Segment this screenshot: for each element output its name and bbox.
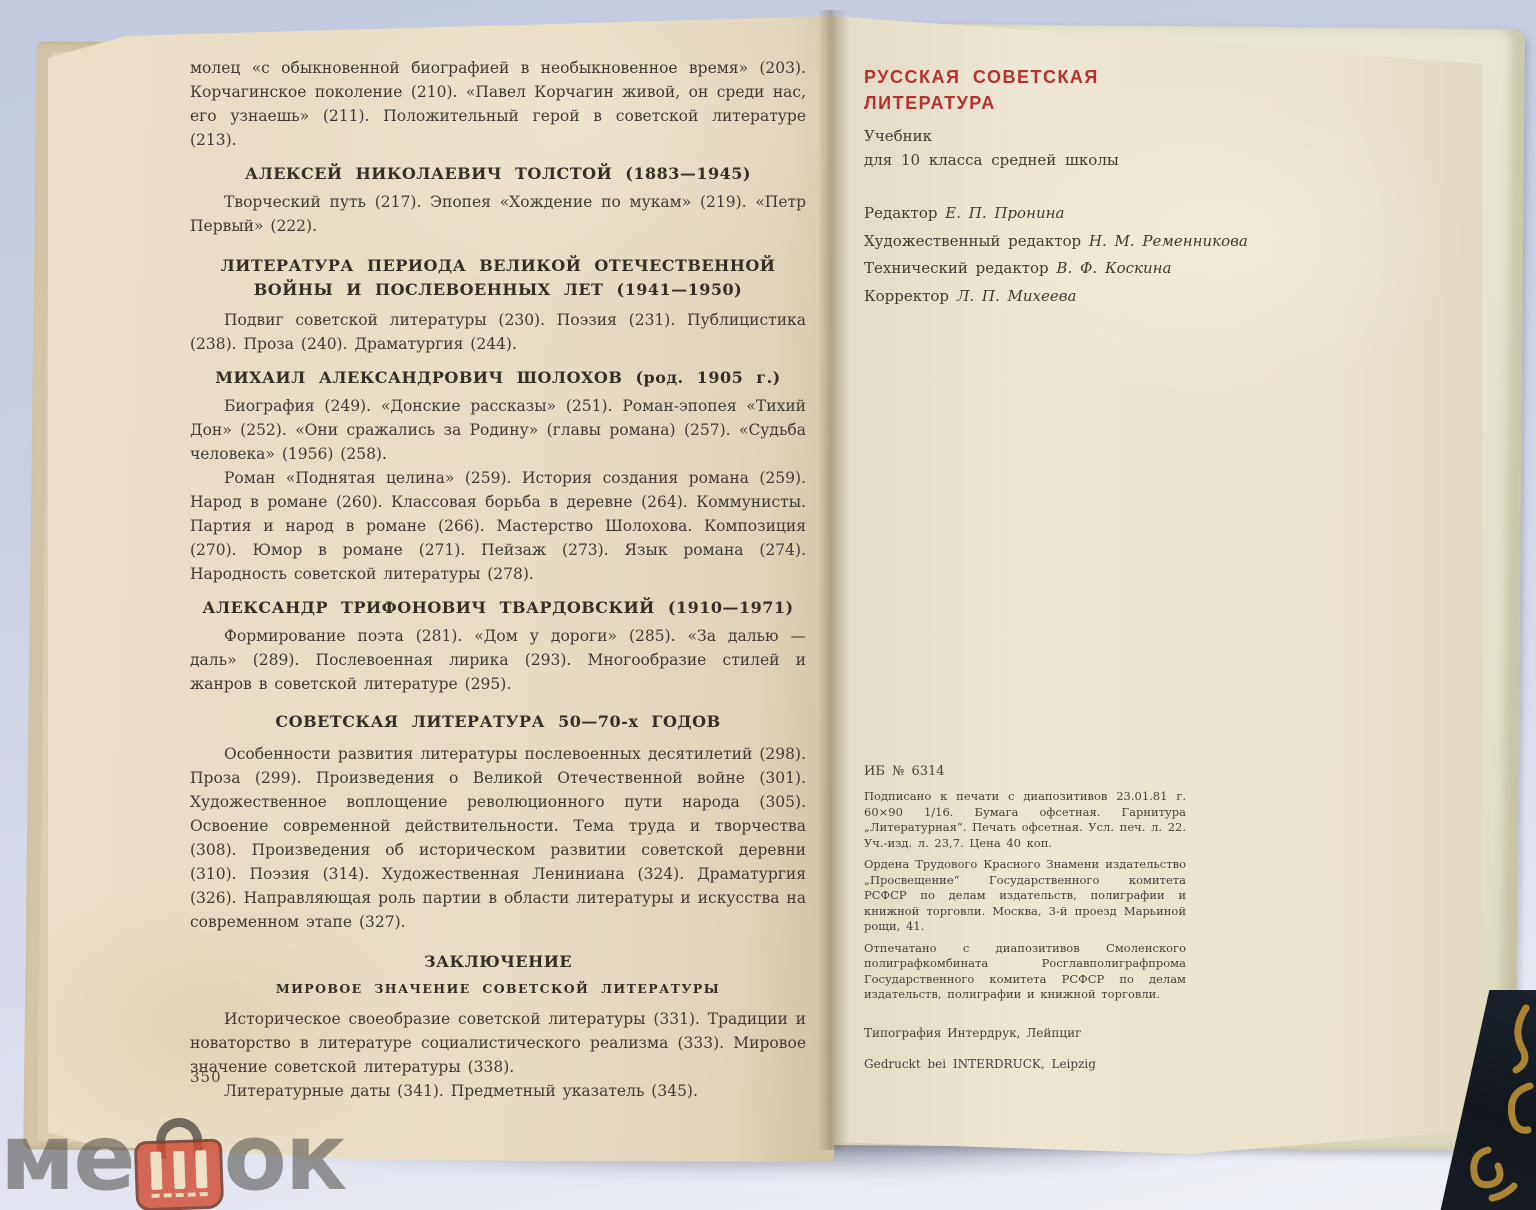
credit-role: Корректор [864,287,949,305]
colophon-paragraph: Подписано к печати с диапозитивов 23.01.… [864,789,1186,851]
book-subtitle-line1: Учебник [864,124,1284,148]
toc-section-heading: МИХАИЛ АЛЕКСАНДРОВИЧ ШОЛОХОВ (род. 1905 … [190,366,806,390]
photo-of-open-book: молец «с обыкновенной биографией в необы… [0,0,1536,1210]
toc-paragraph: Историческое своеобразие советской литер… [190,1007,806,1079]
credit-role: Художественный редактор [864,232,1081,250]
left-page: молец «с обыкновенной биографией в необы… [48,10,834,1162]
watermark-text-suffix: ок [224,1104,346,1210]
colophon-block: ИБ № 6314 Подписано к печати с диапозити… [864,764,1186,1072]
credit-name: Н. М. Ременникова [1089,232,1248,250]
credit-role: Технический редактор [864,259,1049,277]
table-of-contents: молец «с обыкновенной биографией в необы… [190,56,806,1103]
toc-paragraph: Творческий путь (217). Эпопея «Хождение … [190,190,806,238]
toc-paragraph: Роман «Поднятая целина» (259). История с… [190,466,806,586]
book-subtitle-line2: для 10 класса средней школы [864,148,1284,172]
toc-paragraph: Литературные даты (341). Предметный указ… [190,1079,806,1103]
watermark: ме ок [0,1104,345,1210]
printer-line-de: Gedruckt bei INTERDRUCK, Leipzig [864,1056,1186,1072]
credit-name: Л. П. Михеева [957,287,1077,305]
toc-section-heading: СОВЕТСКАЯ ЛИТЕРАТУРА 50—70-х ГОДОВ [190,710,806,734]
bag-body [133,1138,223,1210]
toc-paragraph: Формирование поэта (281). «Дом у дороги»… [190,624,806,696]
toc-section-heading: ЗАКЛЮЧЕНИЕ [190,950,806,974]
ib-number: ИБ № 6314 [864,764,1186,780]
book-title-line2: ЛИТЕРАТУРА [864,90,1284,116]
toc-section-heading: АЛЕКСАНДР ТРИФОНОВИЧ ТВАРДОВСКИЙ (1910—1… [190,596,806,620]
toc-section-heading: АЛЕКСЕЙ НИКОЛАЕВИЧ ТОЛСТОЙ (1883—1945) [190,162,806,186]
page-number: 350 [190,1068,222,1086]
printer-line-ru: Типография Интердрук, Лейпциг [864,1025,1186,1041]
toc-paragraph: Подвиг советской литературы (230). Поэзи… [190,308,806,356]
credit-name: В. Ф. Коскина [1056,259,1171,277]
right-page: РУССКАЯ СОВЕТСКАЯ ЛИТЕРАТУРА Учебник для… [832,8,1482,1158]
colophon-paragraph: Отпечатано с диапозитивов Смоленского по… [864,941,1186,1003]
book-title-line1: РУССКАЯ СОВЕТСКАЯ [864,64,1284,90]
credit-row: Художественный редактор Н. М. Ременников… [864,228,1284,256]
colophon-paragraph: Ордена Трудового Красного Знамени издате… [864,857,1186,935]
credit-row: Технический редактор В. Ф. Коскина [864,255,1284,283]
toc-section-heading: ЛИТЕРАТУРА ПЕРИОДА ВЕЛИКОЙ ОТЕЧЕСТВЕННОЙ… [190,254,806,302]
shopping-bag-icon [135,1114,223,1210]
title-block: РУССКАЯ СОВЕТСКАЯ ЛИТЕРАТУРА Учебник для… [864,64,1284,310]
credit-row: Корректор Л. П. Михеева [864,283,1284,311]
bag-sh-letter [150,1150,208,1198]
watermark-text-prefix: ме [0,1104,134,1210]
credits-block: Редактор Е. П. Пронина Художественный ре… [864,200,1284,310]
credit-row: Редактор Е. П. Пронина [864,200,1284,228]
credit-role: Редактор [864,204,937,222]
gutter-shadow [818,10,848,1150]
toc-paragraph: Особенности развития литературы послевое… [190,742,806,934]
toc-subheading: МИРОВОЕ ЗНАЧЕНИЕ СОВЕТСКОЙ ЛИТЕРАТУРЫ [190,980,806,997]
credit-name: Е. П. Пронина [945,204,1064,222]
toc-paragraph: молец «с обыкновенной биографией в необы… [190,56,806,152]
toc-paragraph: Биография (249). «Донские рассказы» (251… [190,394,806,466]
